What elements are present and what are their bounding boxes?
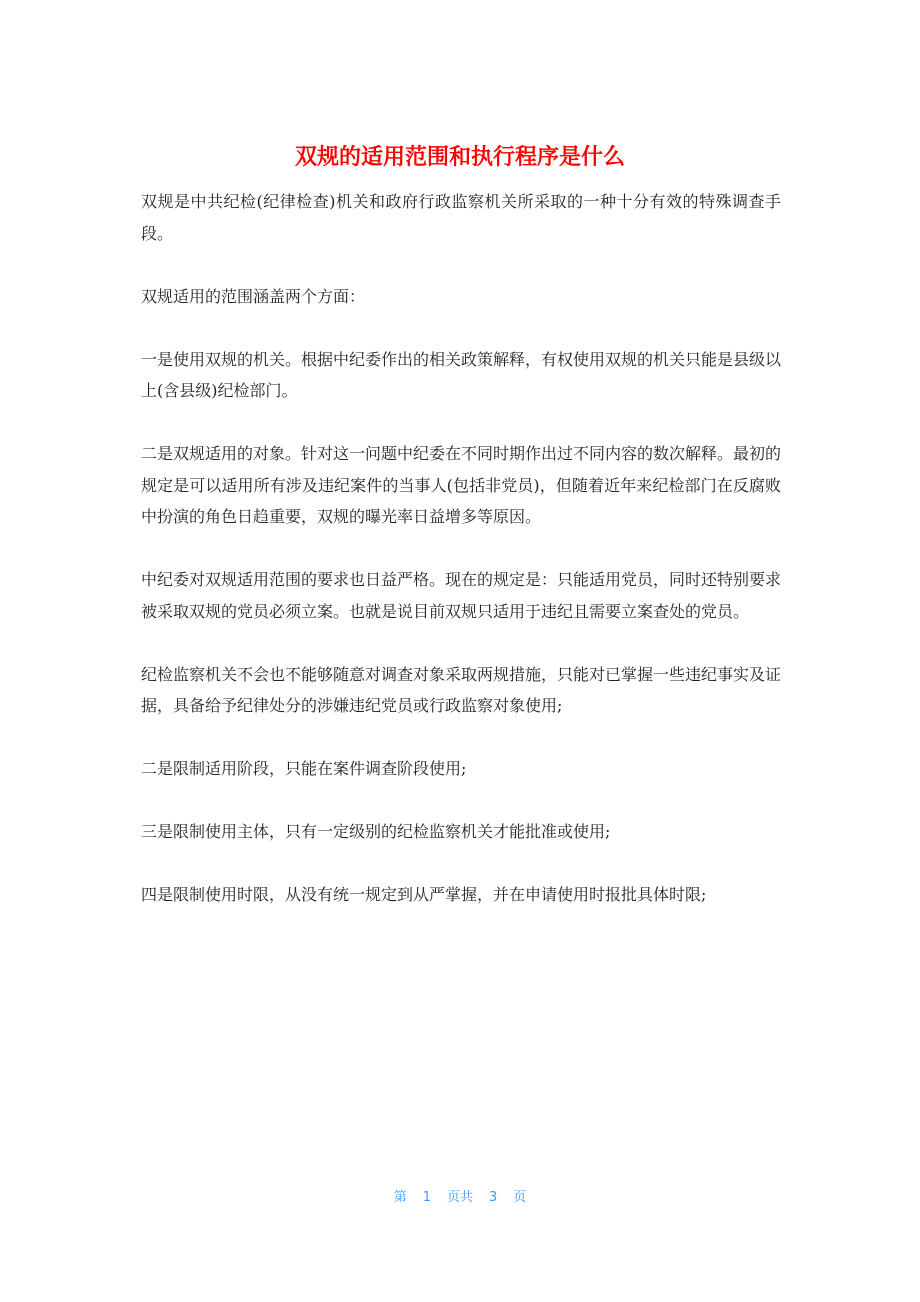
paragraph-restriction-four: 四是限制使用时限，从没有统一规定到从严掌握，并在申请使用时报批具体时限; bbox=[141, 879, 781, 911]
paragraph-gap bbox=[141, 722, 781, 754]
page-label-suffix: 页 bbox=[513, 1186, 526, 1205]
document-body: 双规是中共纪检(纪律检查)机关和政府行政监察机关所采取的一种十分有效的特殊调查手… bbox=[141, 186, 781, 911]
paragraph-requirements: 中纪委对双规适用范围的要求也日益严格。现在的规定是：只能适用党员，同时还特别要求… bbox=[141, 564, 781, 627]
paragraph-gap bbox=[141, 407, 781, 439]
total-pages-number: 3 bbox=[489, 1190, 497, 1205]
paragraph-restriction-two: 二是限制适用阶段，只能在案件调查阶段使用; bbox=[141, 753, 781, 785]
paragraph-scope-heading: 双规适用的范围涵盖两个方面： bbox=[141, 281, 781, 313]
page-label-prefix: 第 bbox=[394, 1186, 407, 1205]
page-number-footer: 第1页共3页 bbox=[0, 1186, 920, 1205]
paragraph-gap bbox=[141, 785, 781, 817]
paragraph-gap bbox=[141, 533, 781, 565]
paragraph-gap bbox=[141, 848, 781, 880]
paragraph-gap bbox=[141, 312, 781, 344]
paragraph-gap bbox=[141, 627, 781, 659]
current-page-number: 1 bbox=[423, 1190, 431, 1205]
paragraph-restriction-one: 纪检监察机关不会也不能够随意对调查对象采取两规措施，只能对已掌握一些违纪事实及证… bbox=[141, 659, 781, 722]
paragraph-gap bbox=[141, 249, 781, 281]
paragraph-point-one: 一是使用双规的机关。根据中纪委作出的相关政策解释，有权使用双规的机关只能是县级以… bbox=[141, 344, 781, 407]
document-page: 双规的适用范围和执行程序是什么 双规是中共纪检(纪律检查)机关和政府行政监察机关… bbox=[0, 0, 920, 1302]
paragraph-intro: 双规是中共纪检(纪律检查)机关和政府行政监察机关所采取的一种十分有效的特殊调查手… bbox=[141, 186, 781, 249]
paragraph-restriction-three: 三是限制使用主体，只有一定级别的纪检监察机关才能批准或使用; bbox=[141, 816, 781, 848]
paragraph-point-two: 二是双规适用的对象。针对这一问题中纪委在不同时期作出过不同内容的数次解释。最初的… bbox=[141, 438, 781, 533]
page-label-mid: 页共 bbox=[447, 1186, 473, 1205]
document-title: 双规的适用范围和执行程序是什么 bbox=[0, 141, 920, 175]
